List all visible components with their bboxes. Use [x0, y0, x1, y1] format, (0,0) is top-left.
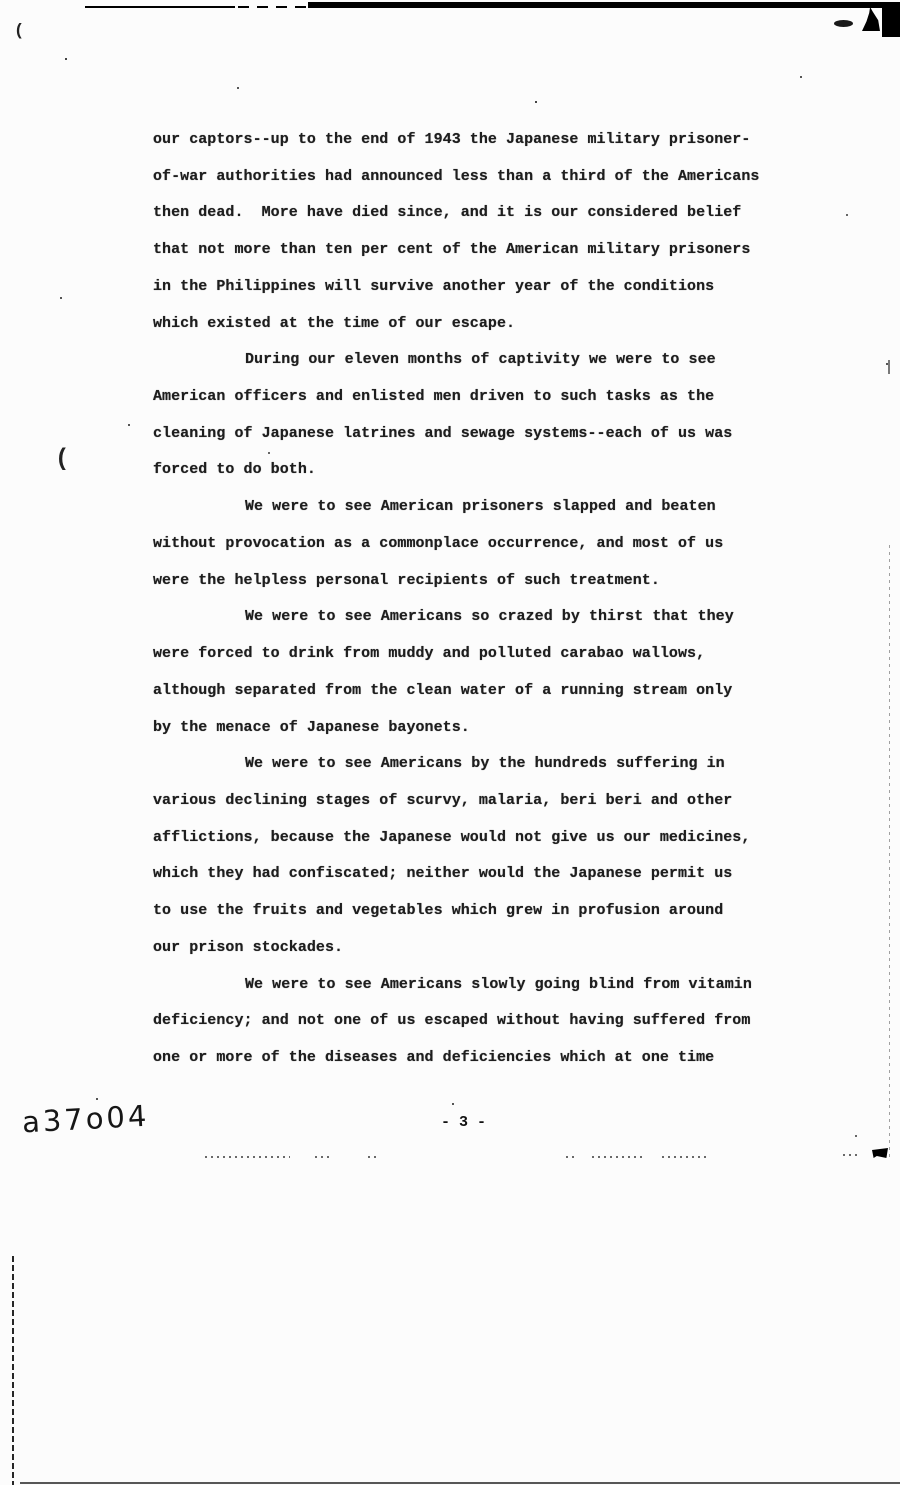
paper-specks — [0, 0, 2, 2]
typed-line: afflictions, because the Japanese would … — [153, 820, 759, 857]
typed-line: various declining stages of scurvy, mala… — [153, 783, 759, 820]
typed-line: our captors--up to the end of 1943 the J… — [153, 122, 759, 159]
typed-line: During our eleven months of captivity we… — [153, 342, 759, 379]
handwritten-note: a37o04 — [21, 1099, 150, 1140]
stray-paren-mark-top: ( — [14, 22, 24, 41]
typed-line: We were to see American prisoners slappe… — [153, 489, 759, 526]
stray-paren-mark-mid: ( — [55, 446, 69, 473]
left-scan-artifact-line — [12, 1256, 14, 1485]
typed-line: one or more of the diseases and deficien… — [153, 1040, 759, 1077]
typed-line: We were to see Americans by the hundreds… — [153, 746, 759, 783]
typed-line: of-war authorities had announced less th… — [153, 159, 759, 196]
right-edge-dash — [888, 360, 890, 374]
footer-dotted-line — [315, 1156, 333, 1158]
footer-dotted-line — [662, 1156, 708, 1158]
footer-dotted-line — [592, 1156, 644, 1158]
corner-ink-block — [882, 4, 900, 37]
scan-edge-line-thin — [85, 6, 235, 8]
typed-line: by the menace of Japanese bayonets. — [153, 710, 759, 747]
typed-line: were forced to drink from muddy and poll… — [153, 636, 759, 673]
bottom-scan-edge-line — [20, 1482, 900, 1484]
scan-edge-line-thick — [308, 2, 900, 8]
typed-line: We were to see Americans so crazed by th… — [153, 599, 759, 636]
typed-line: that not more than ten per cent of the A… — [153, 232, 759, 269]
footer-dotted-line — [368, 1156, 376, 1158]
document-page: ( ( our captors--up to the end of 1943 t… — [0, 0, 900, 1485]
typed-line: which they had confiscated; neither woul… — [153, 856, 759, 893]
typed-line: then dead. More have died since, and it … — [153, 195, 759, 232]
typed-text-block: our captors--up to the end of 1943 the J… — [153, 122, 759, 1077]
typed-line: forced to do both. — [153, 452, 759, 489]
footer-dotted-line — [843, 1154, 859, 1156]
typed-line: which existed at the time of our escape. — [153, 306, 759, 343]
typed-line: cleaning of Japanese latrines and sewage… — [153, 416, 759, 453]
scan-edge-line-dashed — [238, 6, 312, 8]
ink-smudge-mark — [834, 20, 853, 27]
typed-line: were the helpless personal recipients of… — [153, 563, 759, 600]
typed-line: to use the fruits and vegetables which g… — [153, 893, 759, 930]
typed-line: We were to see Americans slowly going bl… — [153, 967, 759, 1004]
typed-line: in the Philippines will survive another … — [153, 269, 759, 306]
footer-ink-mark — [872, 1148, 888, 1158]
typed-line: although separated from the clean water … — [153, 673, 759, 710]
footer-dotted-line — [566, 1156, 576, 1158]
right-scan-artifact-line — [889, 545, 890, 1157]
ink-blob-mark — [862, 7, 880, 31]
typed-line: American officers and enlisted men drive… — [153, 379, 759, 416]
page-number: - 3 - — [441, 1114, 486, 1131]
footer-dotted-line — [205, 1156, 290, 1158]
typed-line: without provocation as a commonplace occ… — [153, 526, 759, 563]
typed-line: our prison stockades. — [153, 930, 759, 967]
typed-line: deficiency; and not one of us escaped wi… — [153, 1003, 759, 1040]
